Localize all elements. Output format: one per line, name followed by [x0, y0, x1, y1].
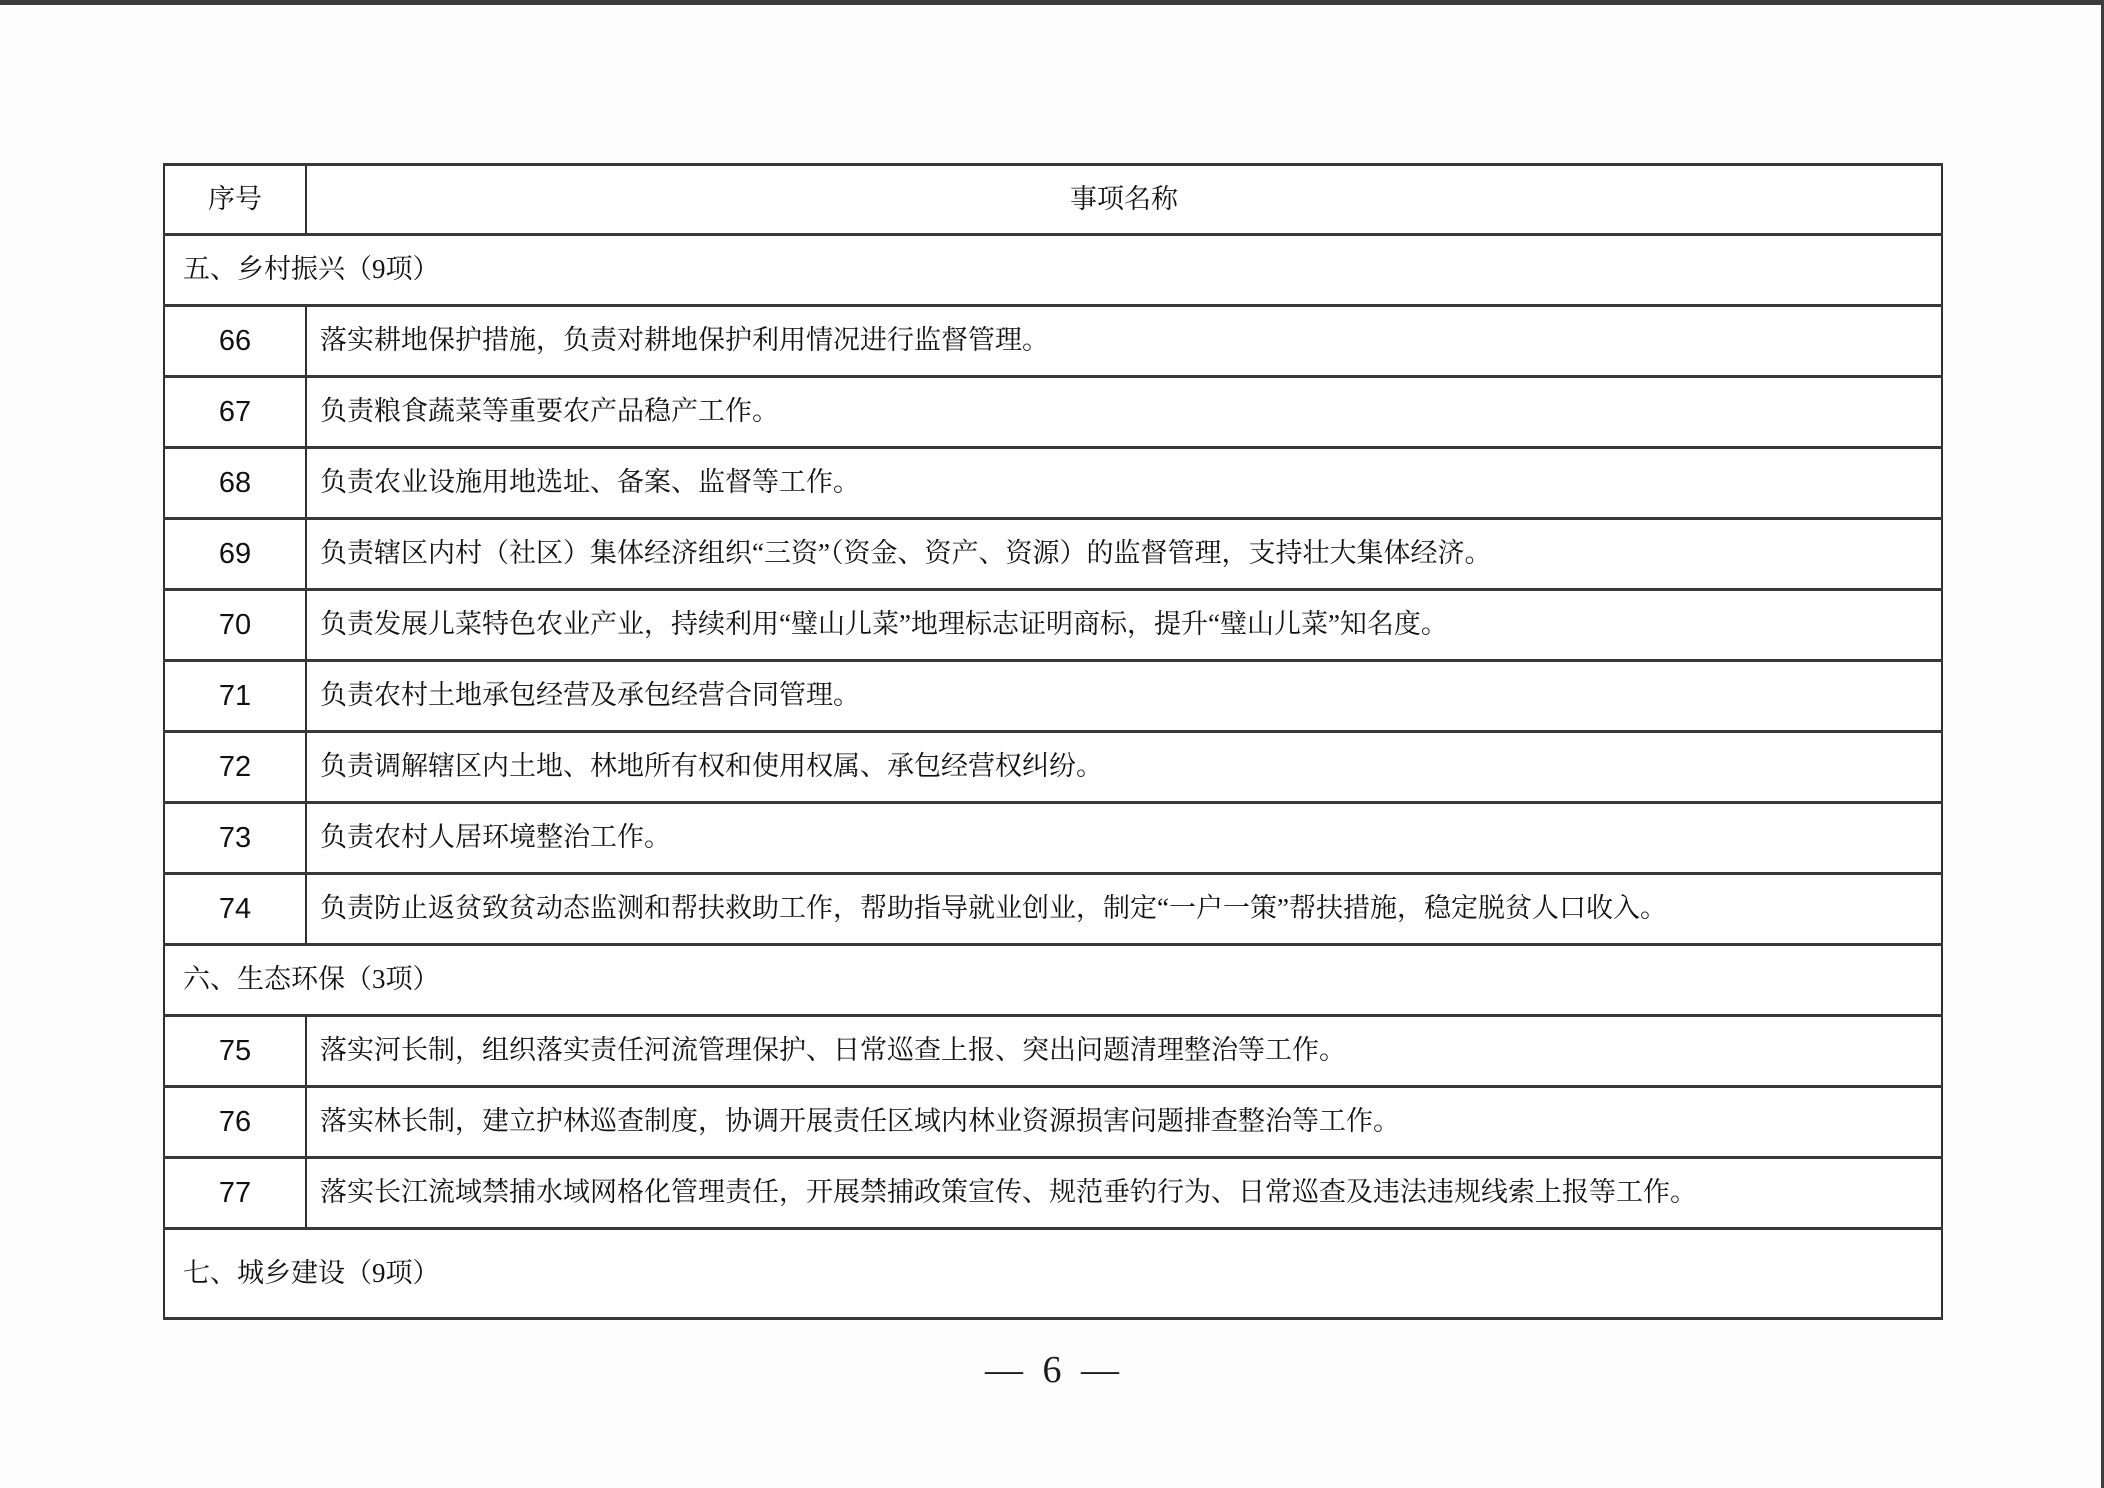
matters-table: 序号 事项名称 五、乡村振兴（9项）66落实耕地保护措施，负责对耕地保护利用情况… — [163, 163, 1943, 1320]
item-text: 落实河长制，组织落实责任河流管理保护、日常巡查上报、突出问题清理整治等工作。 — [306, 1016, 1942, 1087]
item-serial-number: 69 — [164, 519, 306, 590]
item-text: 负责发展儿菜特色农业产业，持续利用“璧山儿菜”地理标志证明商标，提升“璧山儿菜”… — [306, 590, 1942, 661]
table-row: 71负责农村土地承包经营及承包经营合同管理。 — [164, 661, 1942, 732]
table-row: 72负责调解辖区内土地、林地所有权和使用权属、承包经营权纠纷。 — [164, 732, 1942, 803]
table-row: 76落实林长制，建立护林巡查制度，协调开展责任区域内林业资源损害问题排查整治等工… — [164, 1087, 1942, 1158]
section-row: 七、城乡建设（9项） — [164, 1229, 1942, 1319]
item-serial-number: 67 — [164, 377, 306, 448]
table-row: 77落实长江流域禁捕水域网格化管理责任，开展禁捕政策宣传、规范垂钓行为、日常巡查… — [164, 1158, 1942, 1229]
section-title: 五、乡村振兴（9项） — [164, 235, 1942, 306]
item-serial-number: 75 — [164, 1016, 306, 1087]
table-body: 五、乡村振兴（9项）66落实耕地保护措施，负责对耕地保护利用情况进行监督管理。6… — [164, 235, 1942, 1319]
item-serial-number: 72 — [164, 732, 306, 803]
table-row: 69负责辖区内村（社区）集体经济组织“三资”（资金、资产、资源）的监督管理，支持… — [164, 519, 1942, 590]
scan-edge-top — [0, 0, 2104, 5]
table-header-row: 序号 事项名称 — [164, 165, 1942, 235]
page-number: — 6 — — [985, 1349, 1119, 1391]
item-text: 负责调解辖区内土地、林地所有权和使用权属、承包经营权纠纷。 — [306, 732, 1942, 803]
item-serial-number: 74 — [164, 874, 306, 945]
section-row: 六、生态环保（3项） — [164, 945, 1942, 1016]
section-row: 五、乡村振兴（9项） — [164, 235, 1942, 306]
section-title: 七、城乡建设（9项） — [164, 1229, 1942, 1319]
document-page: 序号 事项名称 五、乡村振兴（9项）66落实耕地保护措施，负责对耕地保护利用情况… — [0, 0, 2104, 1488]
item-serial-number: 77 — [164, 1158, 306, 1229]
item-serial-number: 73 — [164, 803, 306, 874]
item-text: 落实耕地保护措施，负责对耕地保护利用情况进行监督管理。 — [306, 306, 1942, 377]
table-row: 75落实河长制，组织落实责任河流管理保护、日常巡查上报、突出问题清理整治等工作。 — [164, 1016, 1942, 1087]
header-cell-serial-number: 序号 — [164, 165, 306, 235]
item-serial-number: 71 — [164, 661, 306, 732]
item-serial-number: 66 — [164, 306, 306, 377]
table-row: 74负责防止返贫致贫动态监测和帮扶救助工作，帮助指导就业创业，制定“一户一策”帮… — [164, 874, 1942, 945]
item-text: 落实长江流域禁捕水域网格化管理责任，开展禁捕政策宣传、规范垂钓行为、日常巡查及违… — [306, 1158, 1942, 1229]
table-row: 67负责粮食蔬菜等重要农产品稳产工作。 — [164, 377, 1942, 448]
item-serial-number: 68 — [164, 448, 306, 519]
item-serial-number: 70 — [164, 590, 306, 661]
table-row: 73负责农村人居环境整治工作。 — [164, 803, 1942, 874]
item-text: 负责辖区内村（社区）集体经济组织“三资”（资金、资产、资源）的监督管理，支持壮大… — [306, 519, 1942, 590]
table-row: 70负责发展儿菜特色农业产业，持续利用“璧山儿菜”地理标志证明商标，提升“璧山儿… — [164, 590, 1942, 661]
table-row: 68负责农业设施用地选址、备案、监督等工作。 — [164, 448, 1942, 519]
section-title: 六、生态环保（3项） — [164, 945, 1942, 1016]
table-row: 66落实耕地保护措施，负责对耕地保护利用情况进行监督管理。 — [164, 306, 1942, 377]
item-text: 负责防止返贫致贫动态监测和帮扶救助工作，帮助指导就业创业，制定“一户一策”帮扶措… — [306, 874, 1942, 945]
item-serial-number: 76 — [164, 1087, 306, 1158]
header-cell-item-name: 事项名称 — [306, 165, 1942, 235]
item-text: 负责粮食蔬菜等重要农产品稳产工作。 — [306, 377, 1942, 448]
item-text: 负责农村土地承包经营及承包经营合同管理。 — [306, 661, 1942, 732]
item-text: 落实林长制，建立护林巡查制度，协调开展责任区域内林业资源损害问题排查整治等工作。 — [306, 1087, 1942, 1158]
item-text: 负责农业设施用地选址、备案、监督等工作。 — [306, 448, 1942, 519]
item-text: 负责农村人居环境整治工作。 — [306, 803, 1942, 874]
page-footer: — 6 — — [0, 1348, 2104, 1392]
